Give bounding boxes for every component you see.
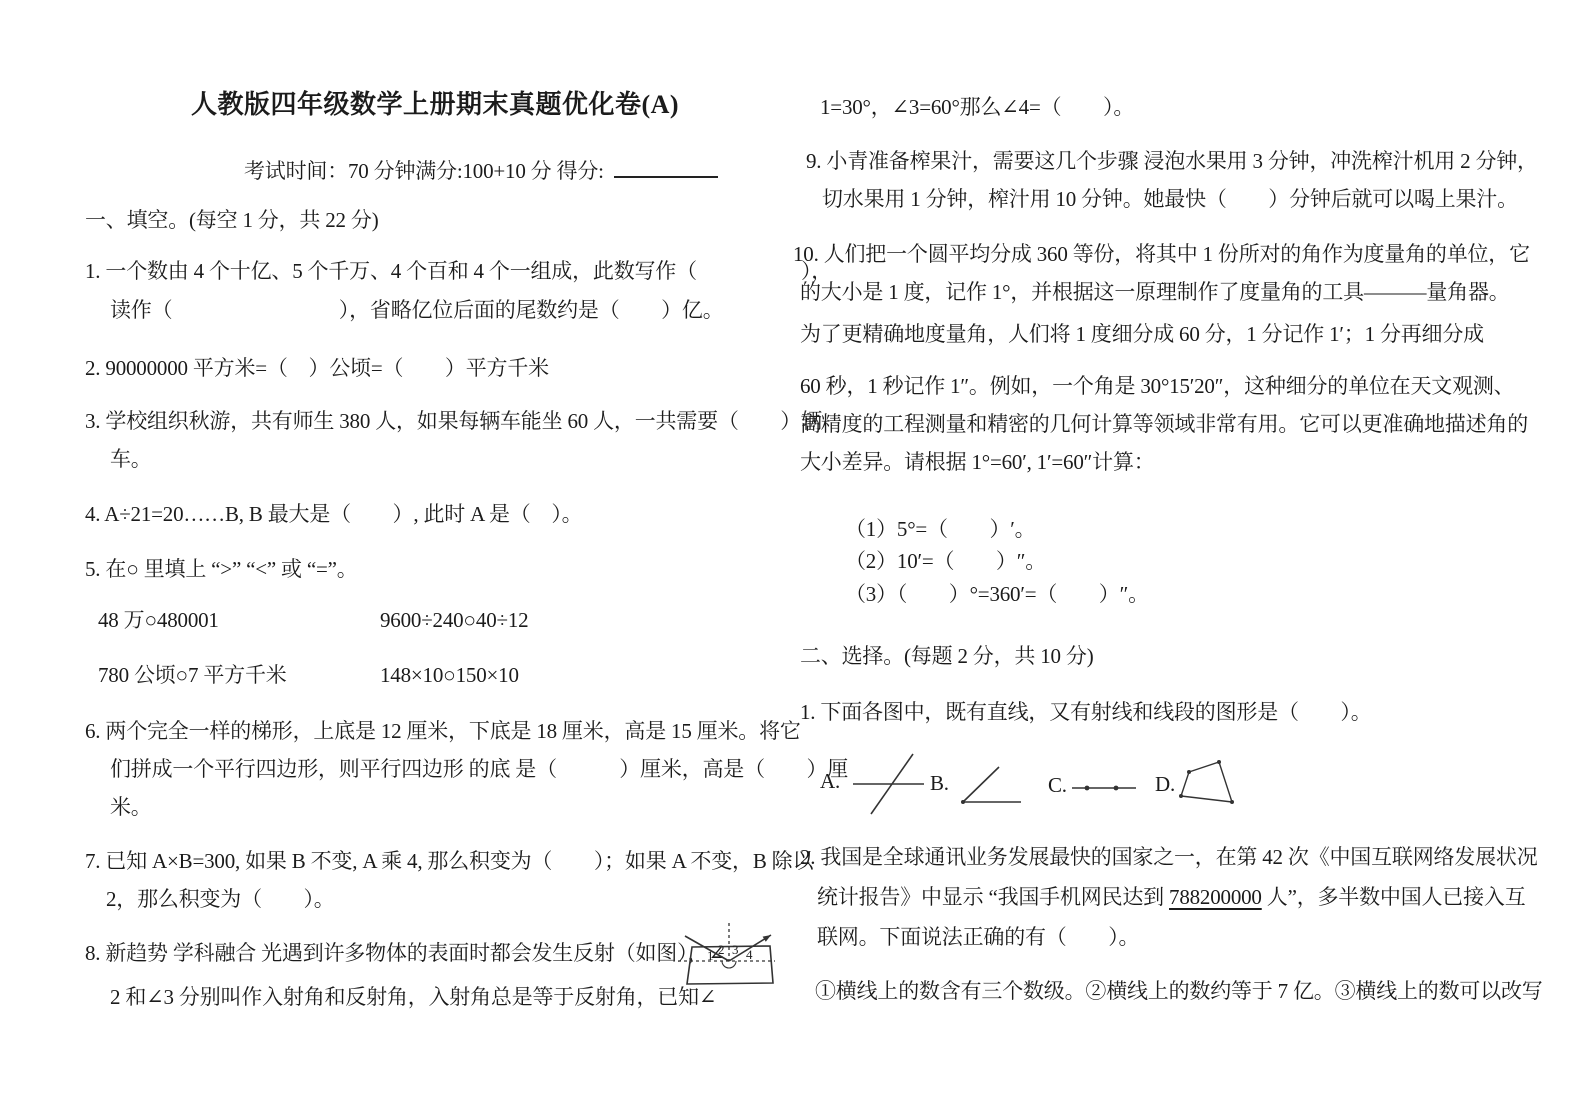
exam-meta-text: 考试时间：70 分钟满分:100+10 分 得分:	[244, 159, 604, 183]
option-c-label: C.	[1048, 772, 1067, 798]
s2-q2-line3: 联网。下面说法正确的有（ ）。	[817, 924, 1139, 950]
angle-label-2: 2	[718, 942, 725, 957]
q10-calc-1: （1）5°=（ ）′。	[845, 516, 1035, 542]
option-a-label: A.	[820, 768, 840, 794]
underlined-number: 788200000	[1169, 885, 1262, 909]
s2-q2-statements: ①横线上的数含有三个数级。②横线上的数约等于 7 亿。③横线上的数可以改写	[815, 978, 1543, 1004]
q5-item-4: 148×10○150×10	[380, 662, 519, 688]
exam-paper: 人教版四年级数学上册期末真题优化卷(A) 考试时间：70 分钟满分:100+10…	[0, 0, 1584, 1119]
section2-heading: 二、选择。(每题 2 分，共 10 分)	[800, 643, 1094, 669]
q6-line1: 6. 两个完全一样的梯形，上底是 12 厘米，下底是 18 厘米，高是 15 厘…	[85, 718, 801, 744]
q1-line2: 读作（ ），省略亿位后面的尾数约是（ ）亿。	[110, 297, 724, 323]
page-title: 人教版四年级数学上册期末真题优化卷(A)	[85, 92, 785, 118]
option-b-label: B.	[930, 770, 949, 796]
q8-line1: 8. 新趋势 学科融合 光遇到许多物体的表面时都会发生反射（如图），∠	[85, 940, 726, 966]
q1-line1: 1. 一个数由 4 个十亿、5 个千万、4 个百和 4 个一组成，此数写作（ ）…	[85, 258, 832, 284]
q8-continued-line: 1=30°，∠3=60°那么∠4=（ ）。	[820, 94, 1134, 120]
option-b-figure	[958, 764, 1024, 806]
option-a-figure	[850, 752, 928, 814]
q5-item-3: 780 公顷○7 平方千米	[98, 662, 287, 688]
s2-q1-line1: 1. 下面各图中，既有直线，又有射线和线段的图形是（ ）。	[800, 699, 1372, 725]
section1-heading: 一、填空。(每空 1 分，共 22 分)	[85, 207, 379, 233]
option-c-figure	[1070, 782, 1138, 794]
q10-line5: 高精度的工程测量和精密的几何计算等领域非常有用。它可以更准确地描述角的	[800, 411, 1528, 437]
q10-calc-2: （2）10′=（ ）″。	[845, 548, 1046, 574]
q6-line2: 们拼成一个平行四边形，则平行四边形 的底 是（ ）厘米，高是（ ）厘	[110, 756, 848, 782]
q3-line1: 3. 学校组织秋游，共有师生 380 人，如果每辆车能坐 60 人，一共需要（ …	[85, 408, 822, 434]
reflection-diagram: 1 2 3 4	[674, 916, 786, 990]
s2-q2-line2-post: 人”，多半数中国人已接入互	[1262, 885, 1526, 909]
score-blank-line	[614, 160, 718, 178]
angle-label-3: 3	[732, 942, 739, 957]
q10-line6: 大小差异。请根据 1°=60′, 1′=60″计算：	[800, 449, 1155, 475]
s2-q2-line2-pre: 统计报告》中显示 “我国手机网民达到	[817, 885, 1169, 909]
angle-arc	[722, 961, 736, 968]
q5-item-2: 9600÷240○40÷12	[380, 607, 528, 633]
q4-line1: 4. A÷21=20……B, B 最大是（ ）, 此时 A 是（ ）。	[85, 501, 582, 527]
q10-calc-3: （3）（ ）°=360′=（ ）″。	[845, 581, 1149, 607]
q6-line3: 米。	[110, 794, 152, 820]
q3-line2: 车。	[110, 446, 152, 472]
option-d-label: D.	[1155, 771, 1175, 797]
q2-line1: 2. 90000000 平方米=（ ）公顷=（ ）平方千米	[85, 355, 549, 381]
s2-q2-line2: 统计报告》中显示 “我国手机网民达到 788200000 人”，多半数中国人已接…	[817, 884, 1526, 910]
q10-line3: 为了更精确地度量角，人们将 1 度细分成 60 分，1 分记作 1′；1 分再细…	[800, 321, 1484, 347]
s2-q2-line1: 2. 我国是全球通讯业务发展最快的国家之一，在第 42 次《中国互联网络发展状况	[800, 844, 1538, 870]
q9-line2: 切水果用 1 分钟，榨汁用 10 分钟。她最快（ ）分钟后就可以喝上果汁。	[822, 186, 1518, 212]
angle-label-1: 1	[707, 948, 714, 963]
exam-meta-line: 考试时间：70 分钟满分:100+10 分 得分:	[244, 158, 718, 184]
q10-line4: 60 秒，1 秒记作 1″。例如，一个角是 30°15′20″，这种细分的单位在…	[800, 373, 1514, 399]
q7-line2: 2，那么积变为（ ）。	[106, 886, 335, 912]
angle-label-4: 4	[746, 947, 753, 962]
option-d-figure	[1176, 757, 1236, 807]
q5-item-1: 48 万○480001	[98, 607, 219, 633]
q10-line2: 的大小是 1 度，记作 1°，并根据这一原理制作了度量角的工具———量角器。	[800, 279, 1510, 305]
q10-line1: 10. 人们把一个圆平均分成 360 等份，将其中 1 份所对的角作为度量角的单…	[793, 241, 1530, 267]
q9-line1: 9. 小青准备榨果汁，需要这几个步骤 浸泡水果用 3 分钟，冲洗榨汁机用 2 分…	[806, 148, 1538, 174]
q5-line1: 5. 在○ 里填上 “>” “<” 或 “=”。	[85, 556, 358, 582]
q8-line2: 2 和∠3 分别叫作入射角和反射角，入射角总是等于反射角，已知∠	[110, 984, 716, 1010]
q7-line1: 7. 已知 A×B=300, 如果 B 不变, A 乘 4, 那么积变为（ ）；…	[85, 848, 813, 874]
ray-arrowhead	[763, 935, 771, 942]
